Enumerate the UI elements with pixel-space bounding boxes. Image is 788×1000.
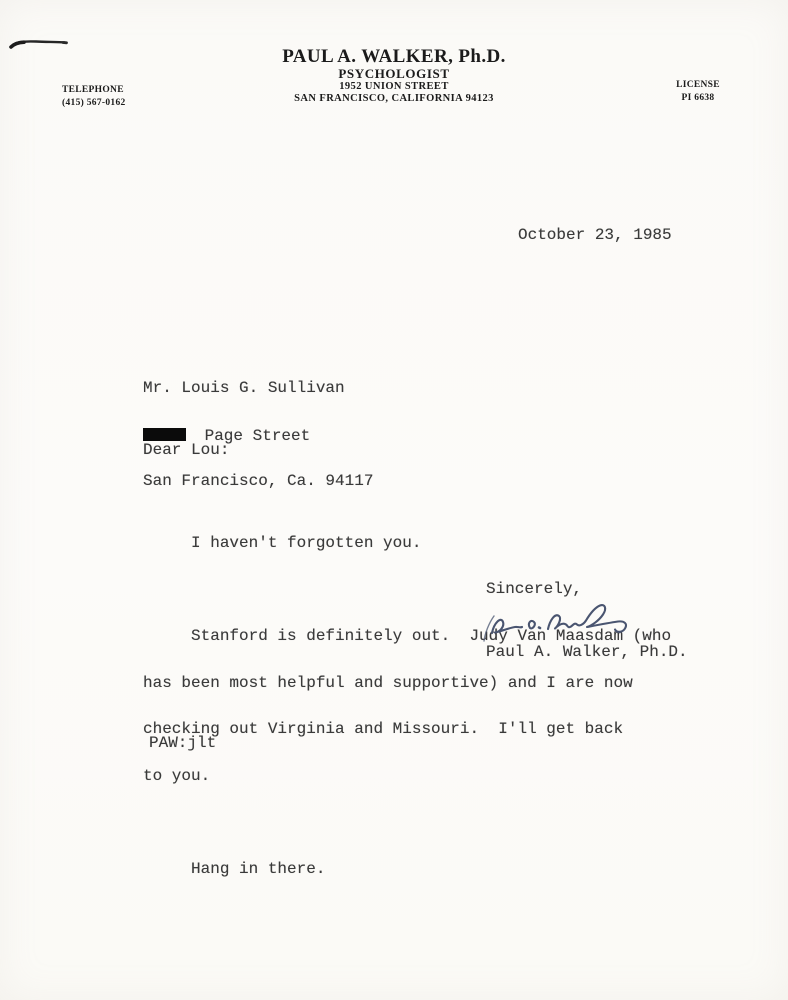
body-line: has been most helpful and supportive) an… (143, 676, 671, 692)
letter-page: PAUL A. WALKER, Ph.D. PSYCHOLOGIST 1952 … (0, 0, 788, 1000)
blank-line (143, 583, 671, 599)
body-line: to you. (143, 769, 671, 785)
telephone-number: (415) 567-0162 (62, 97, 126, 110)
blank-line (143, 490, 671, 506)
recipient-name: Mr. Louis G. Sullivan (143, 381, 373, 397)
telephone-label: TELEPHONE (62, 84, 126, 97)
handwritten-signature (476, 599, 644, 649)
salutation: Dear Lou: (143, 443, 671, 459)
license-label: LICENSE (660, 79, 736, 92)
body-line: Hang in there. (143, 862, 671, 878)
signer-name: Paul A. Walker, Ph.D. (486, 645, 688, 661)
letter-date: October 23, 1985 (518, 228, 672, 244)
body-line: checking out Virginia and Missouri. I'll… (143, 722, 671, 738)
license-number: PI 6638 (660, 92, 736, 105)
letterhead-name: PAUL A. WALKER, Ph.D. (0, 46, 788, 68)
letterhead-telephone: TELEPHONE (415) 567-0162 (62, 84, 126, 109)
typist-reference: PAW:jlt (149, 736, 216, 752)
body-line: I haven't forgotten you. (143, 536, 671, 552)
letterhead-license: LICENSE PI 6638 (660, 79, 736, 104)
closing: Sincerely, (486, 582, 582, 598)
blank-line (143, 815, 671, 831)
